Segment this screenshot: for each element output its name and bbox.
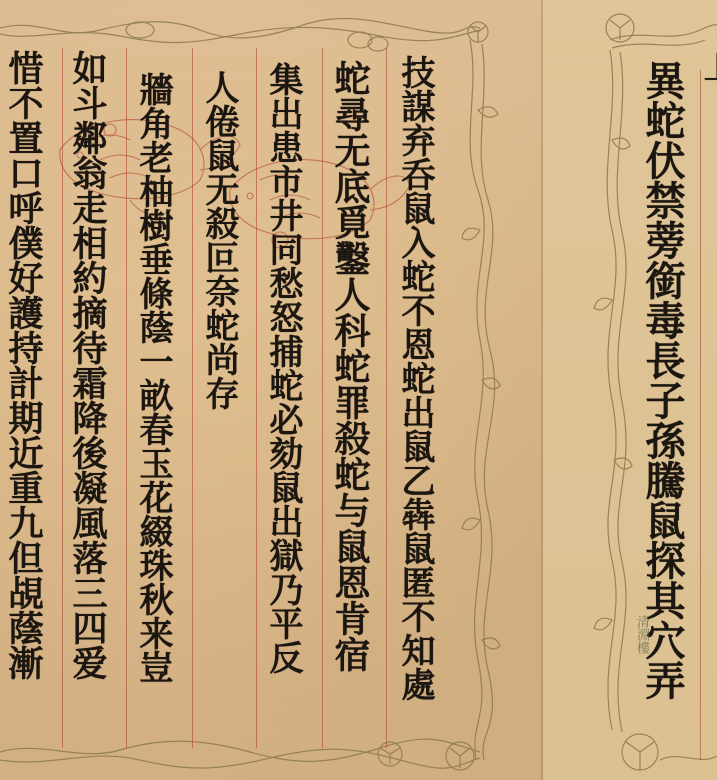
column-ruling <box>256 48 257 748</box>
column-ruling <box>700 70 701 760</box>
text-column-3: 集出患市井同愁怒捕蛇必劾鼠出獄乃平反 <box>266 62 300 674</box>
column-ruling <box>322 48 323 748</box>
text-column-2: 蛇尋无底覓鑿人科蛇罪殺蛇与鼠恩肯宿 <box>332 60 368 672</box>
column-ruling <box>126 48 127 748</box>
text-fragment: 上 <box>700 52 717 82</box>
text-column-4: 人倦鼠无殺叵奈蛇尚存 <box>202 70 236 410</box>
column-ruling <box>386 48 387 748</box>
text-column-right: 異蛇伏禁蒡銜毒長子孫騰鼠探其穴弄 <box>642 60 682 760</box>
text-column-6: 如斗鄰翁走相約摘待霜降後凝風落三四爱 <box>70 50 105 680</box>
text-column-5: 牆角老柚樹垂條蔭一畝春玉花綴珠秋来豈 <box>136 72 170 684</box>
text-column-7: 惜不置口呼僕好護持計期近重九但覘蔭漸 <box>6 50 41 680</box>
column-ruling <box>192 48 193 748</box>
column-ruling <box>62 48 63 748</box>
collector-seal: 清淵樓 <box>632 615 651 654</box>
text-column-1: 技謀弃呑鼠入蛇不恩蛇出鼠乙犇鼠匿不知處 <box>398 55 432 701</box>
